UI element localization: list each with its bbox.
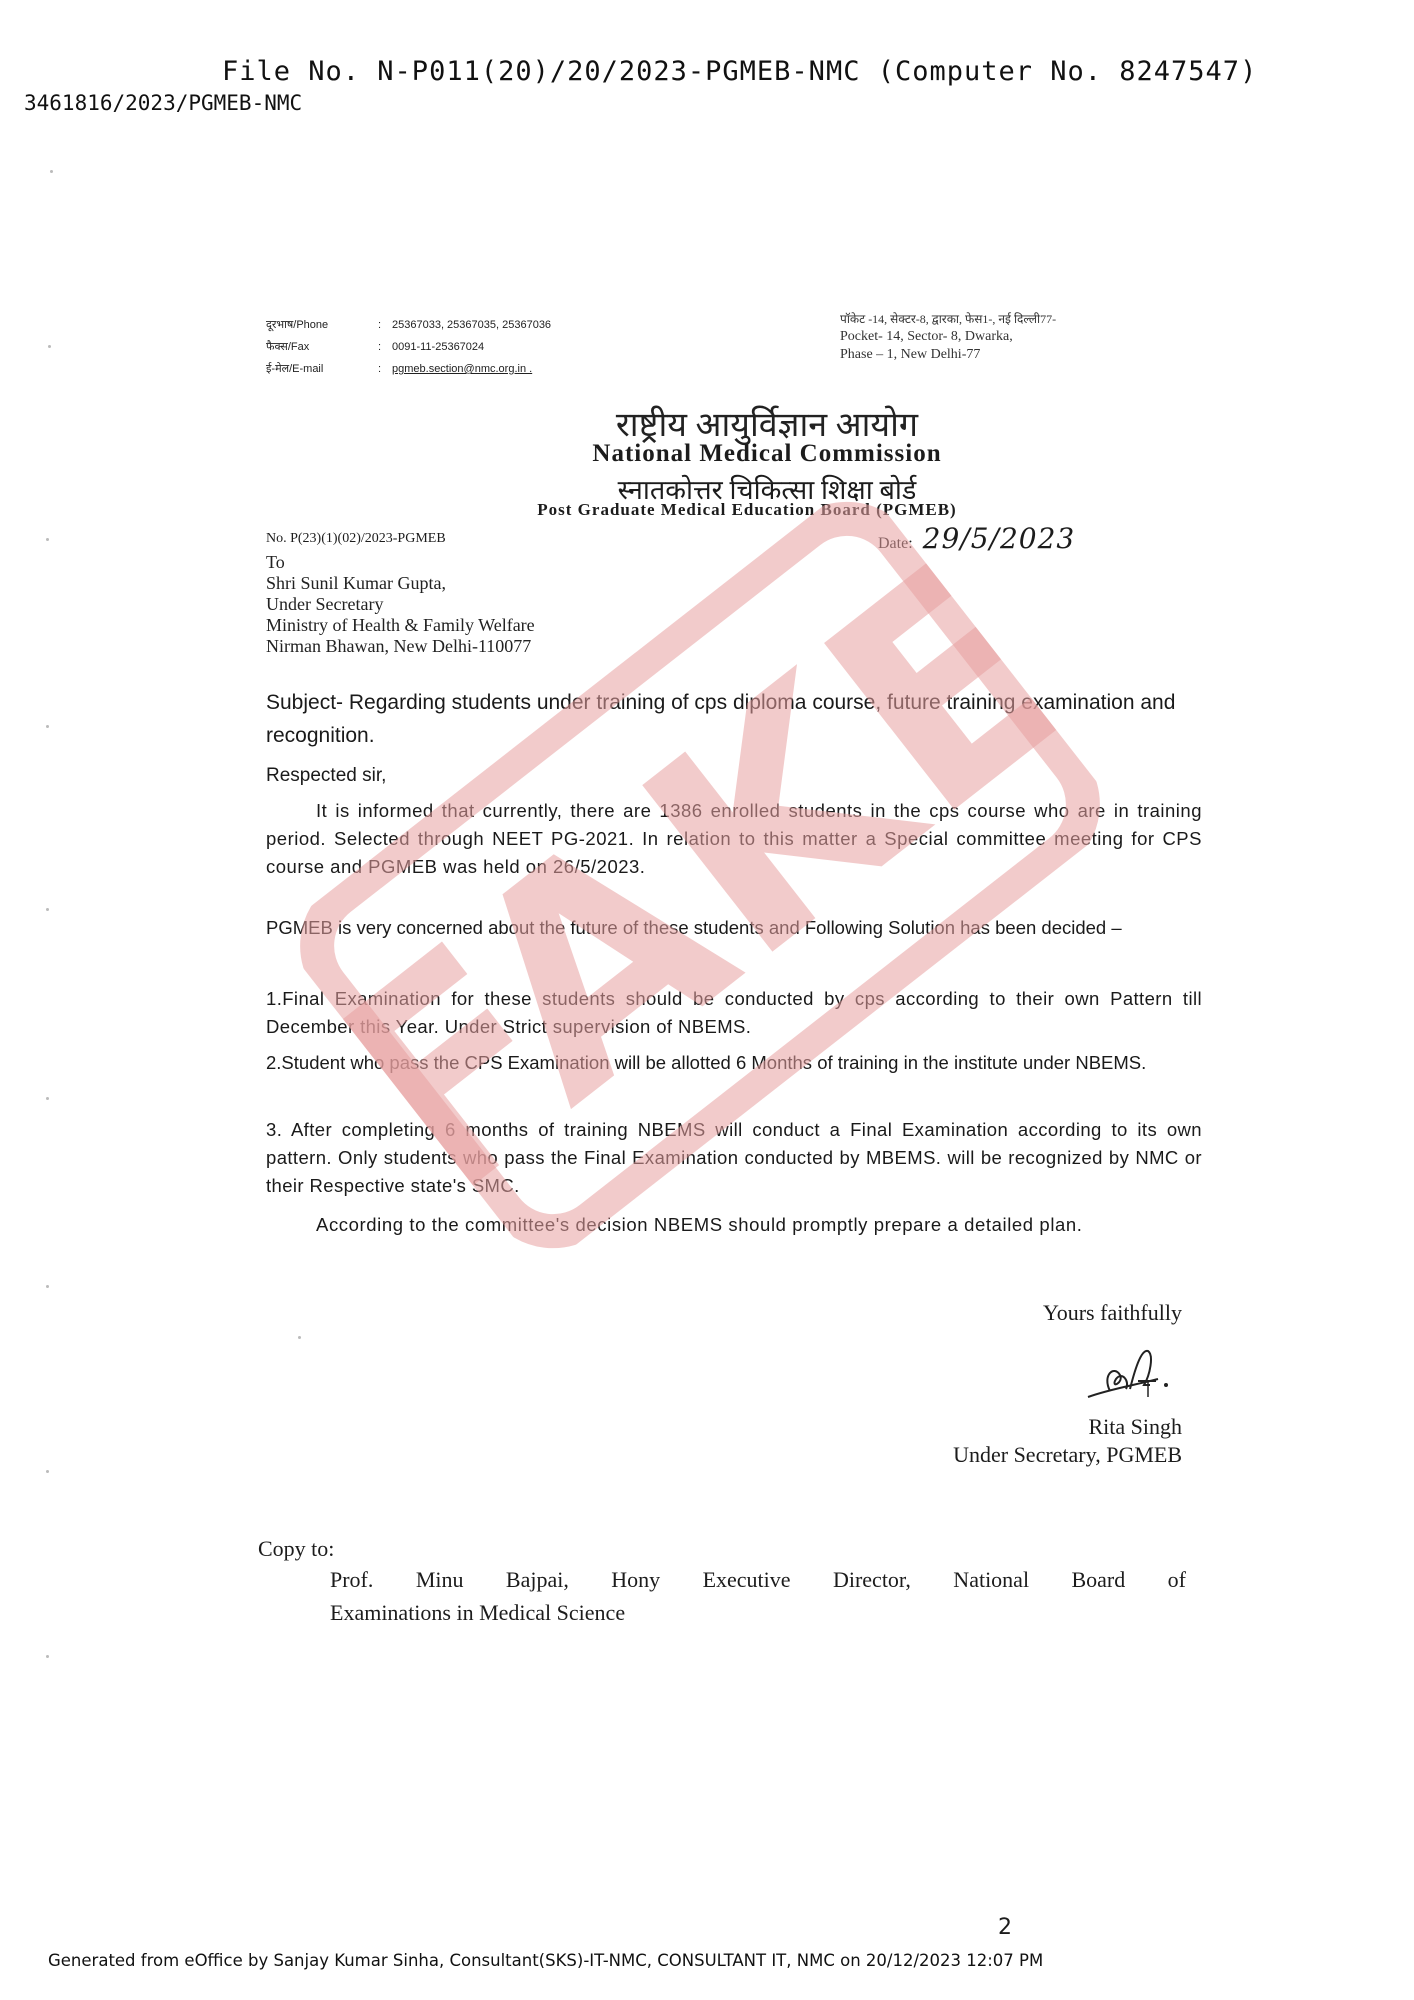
recipient-address: Nirman Bhawan, New Delhi-110077 xyxy=(266,636,535,657)
address-line-1: Pocket- 14, Sector- 8, Dwarka, xyxy=(840,328,1056,346)
recipient-block: To Shri Sunil Kumar Gupta, Under Secreta… xyxy=(266,552,535,657)
email-label: ई-मेल/E-mail xyxy=(266,358,378,380)
date-value: 29/5/2023 xyxy=(923,522,1076,555)
letter-date: Date: 29/5/2023 xyxy=(878,522,1075,555)
scan-speck xyxy=(50,170,53,173)
recipient-designation: Under Secretary xyxy=(266,594,535,615)
recipient-ministry: Ministry of Health & Family Welfare xyxy=(266,615,535,636)
signature-icon xyxy=(1080,1345,1190,1405)
reference-number: 3461816/2023/PGMEB-NMC xyxy=(24,91,302,115)
separator: : xyxy=(378,336,392,358)
separator: : xyxy=(378,358,392,380)
scan-speck xyxy=(46,908,49,911)
page-number: 2 xyxy=(998,1915,1012,1940)
fax-label: फैक्स/Fax xyxy=(266,336,378,358)
file-number: File No. N-P011(20)/20/2023-PGMEB-NMC (C… xyxy=(222,56,1257,87)
phone-value: 25367033, 25367035, 25367036 xyxy=(392,314,551,336)
org-name: National Medical Commission xyxy=(60,440,1414,468)
separator: : xyxy=(378,314,392,336)
address-line-2: Phase – 1, New Delhi-77 xyxy=(840,346,1056,364)
decision-item-2: 2.Student who pass the CPS Examination w… xyxy=(266,1049,1202,1077)
address-hindi: पॉकेट -14, सेक्टर-8, द्वारका, फेस1-, नई … xyxy=(840,310,1056,328)
contact-block: दूरभाष/Phone : 25367033, 25367035, 25367… xyxy=(266,314,551,380)
generated-footer: Generated from eOffice by Sanjay Kumar S… xyxy=(48,1951,1043,1970)
decision-item-1: 1.Final Examination for these students s… xyxy=(266,985,1202,1041)
phone-label: दूरभाष/Phone xyxy=(266,314,378,336)
fax-row: फैक्स/Fax : 0091-11-25367024 xyxy=(266,336,551,358)
phone-row: दूरभाष/Phone : 25367033, 25367035, 25367… xyxy=(266,314,551,336)
copy-to-label: Copy to: xyxy=(258,1536,334,1562)
copy-to-recipient: Prof. Minu Bajpai, Hony Executive Direct… xyxy=(330,1563,1186,1629)
email-value: pgmeb.section@nmc.org.in . xyxy=(392,358,532,380)
paragraph-decision-intro: PGMEB is very concerned about the future… xyxy=(266,914,1202,942)
paragraph-enrollment: It is informed that currently, there are… xyxy=(266,797,1202,881)
signer-title: Under Secretary, PGMEB xyxy=(953,1442,1182,1468)
signer-name: Rita Singh xyxy=(1088,1414,1182,1440)
scan-speck xyxy=(46,725,49,728)
date-label: Date: xyxy=(878,535,913,552)
letter-number: No. P(23)(1)(02)/2023-PGMEB xyxy=(266,531,446,547)
scan-speck xyxy=(46,1655,49,1658)
office-address: पॉकेट -14, सेक्टर-8, द्वारका, फेस1-, नई … xyxy=(840,310,1056,364)
closing-text: Yours faithfully xyxy=(1043,1300,1182,1326)
scan-speck xyxy=(46,1097,49,1100)
to-label: To xyxy=(266,552,535,573)
scan-speck xyxy=(46,538,49,541)
copy-to-line-2: Examinations in Medical Science xyxy=(330,1596,1186,1629)
recipient-name: Shri Sunil Kumar Gupta, xyxy=(266,573,535,594)
scan-speck xyxy=(46,1285,49,1288)
copy-to-line-1: Prof. Minu Bajpai, Hony Executive Direct… xyxy=(330,1563,1186,1596)
salutation: Respected sir, xyxy=(266,765,1202,787)
paragraph-conclusion: According to the committee's decision NB… xyxy=(266,1211,1202,1239)
scan-speck xyxy=(298,1336,301,1339)
decision-item-3: 3. After completing 6 months of training… xyxy=(266,1116,1202,1200)
email-row: ई-मेल/E-mail : pgmeb.section@nmc.org.in … xyxy=(266,358,551,380)
scan-speck xyxy=(48,345,51,348)
subject-line: Subject- Regarding students under traini… xyxy=(266,686,1202,752)
scan-speck xyxy=(46,1470,49,1473)
board-name: Post Graduate Medical Education Board (P… xyxy=(40,500,1414,520)
fax-value: 0091-11-25367024 xyxy=(392,336,484,358)
